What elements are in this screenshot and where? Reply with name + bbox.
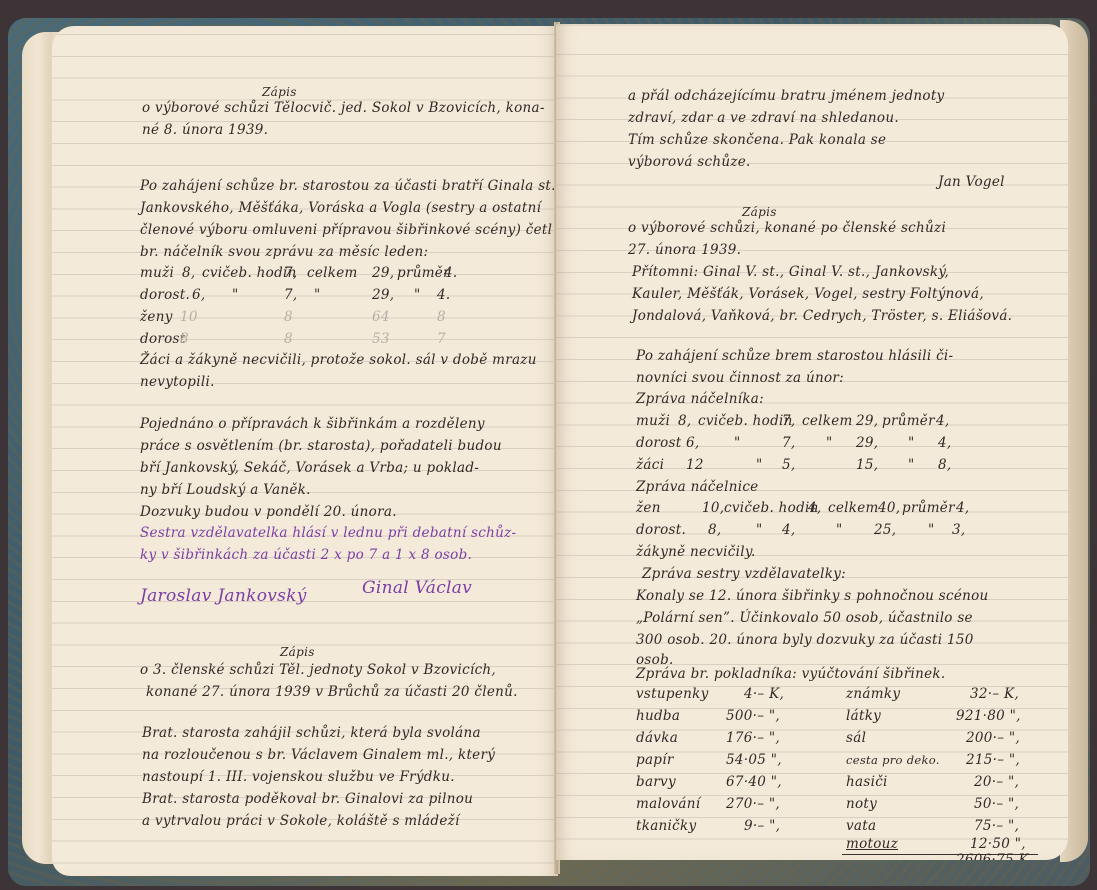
minutes-3-intro-line: 27. února 1939. (628, 240, 741, 262)
ledger-amount: 215·– ", (966, 750, 1020, 772)
minutes-1-discussion-line: práce s osvětlením (br. starosta), pořad… (140, 436, 502, 458)
continuation-line: výborová schůze. (628, 152, 751, 174)
stats-hours: 7, (782, 433, 795, 455)
stats-count: 8, (678, 411, 691, 433)
stats-label: " (756, 520, 763, 542)
stats-label: " (908, 433, 915, 455)
minutes-2-body-line: Brat. starosta zahájil schůzi, která byl… (142, 723, 481, 745)
minutes-2-intro-line: konané 27. února 1939 v Brůchů za účasti… (146, 682, 518, 704)
ledger-item: sál (846, 728, 866, 750)
stats-label: cvičeb. hodin (698, 411, 793, 433)
stats-group: ženy (140, 307, 173, 329)
ledger-item: noty (846, 794, 877, 816)
stats-total: 25, (874, 520, 896, 542)
stats-hours: 7, (782, 411, 795, 433)
minutes-1-intro-line: né 8. února 1939. (142, 120, 268, 142)
stats-group: dorost. (140, 285, 190, 307)
stats-label: " (232, 285, 239, 307)
stats-count: 10 (180, 307, 198, 329)
stats-label: " (734, 433, 741, 455)
vzdelavatelka-line: 300 osob. 20. února byly dozvuky za účas… (636, 630, 974, 652)
stats-hours: 5, (782, 455, 795, 477)
right-page: a přál odcházejícímu bratru jménem jedno… (556, 24, 1068, 860)
stats-label: " (414, 285, 421, 307)
nacelnice-note: žákyně necvičily. (636, 542, 756, 564)
stats-hours: 7, (284, 263, 297, 285)
ledger-item: tkaničky (636, 816, 696, 838)
ledger-amount: 176·– ", (726, 728, 780, 750)
stats-label: celkem (307, 263, 358, 285)
ledger-item: papír (636, 750, 674, 772)
stats-label: cvičeb. hodin (202, 263, 297, 285)
stats-count: 6, (686, 433, 699, 455)
stats-total: 29, (856, 433, 878, 455)
stats-avg: 4. (444, 263, 457, 285)
minutes-1-discussion-line: Pojednáno o přípravách k šibřinkám a roz… (140, 414, 485, 436)
stats-total: 53 (372, 329, 390, 351)
minutes-2-intro-line: o 3. členské schůzi Těl. jednoty Sokol v… (140, 660, 496, 682)
stats-count: 8 (180, 329, 189, 351)
signature-vogel: Jan Vogel (938, 172, 1005, 194)
ledger-item: malování (636, 794, 700, 816)
stats-group: dorost (636, 433, 682, 455)
minutes-1-discussion-line: ny bří Loudský a Vaněk. (140, 480, 311, 502)
stats-total: 64 (372, 307, 390, 329)
stats-count: 6, (192, 285, 205, 307)
violet-note-line: ky v šibřinkách za účasti 2 x po 7 a 1 x… (140, 545, 472, 567)
minutes-1-body-line: Po zahájení schůze br. starostou za účas… (140, 176, 558, 198)
stats-hours: 4, (782, 520, 795, 542)
minutes-2-body-line: nastoupí 1. III. vojenskou službu ve Frý… (142, 767, 455, 789)
ledger-item: barvy (636, 772, 676, 794)
stats-group: muži (636, 411, 670, 433)
stats-avg: 8, (938, 455, 951, 477)
stats-group: žen (636, 498, 661, 520)
ledger-amount: 32·– K, (970, 684, 1019, 706)
attendees-line: Kauler, Měšťák, Vorásek, Vogel, sestry F… (632, 284, 984, 306)
opening-line: Po zahájení schůze brem starostou hlásil… (636, 346, 953, 368)
ledger-amount: 9·– ", (744, 816, 780, 838)
continuation-line: Tím schůze skončena. Pak konala se (628, 130, 886, 152)
stats-avg: 8 (437, 307, 446, 329)
attendees-line: Jondalová, Vaňková, br. Cedrych, Tröster… (632, 306, 1012, 328)
ledger-item: vstupenky (636, 684, 709, 706)
vzdelavatelka-line: Konaly se 12. února šibřinky s pohnočnou… (636, 586, 989, 608)
stats-total: 29, (856, 411, 878, 433)
ledger-item: známky (846, 684, 900, 706)
minutes-1-discussion-line: bří Jankovský, Sekáč, Vorásek a Vrba; u … (140, 458, 479, 480)
ledger-amount: 67·40 ", (726, 772, 782, 794)
minutes-2-body-line: a vytrvalou práci v Sokole, koláště s ml… (142, 811, 460, 833)
ledger-amount: 270·– ", (726, 794, 780, 816)
ledger-total: 2606·75 K. (956, 850, 1034, 860)
stats-label: celkem (828, 498, 879, 520)
stats-total: 29, (372, 285, 394, 307)
ledger-item: hudba (636, 706, 680, 728)
stats-group: dorost. (636, 520, 686, 542)
ledger-amount: 54·05 ", (726, 750, 782, 772)
stats-group: dorost (140, 329, 186, 351)
signature-ginal: Ginal Václav (362, 578, 472, 600)
left-page: Zápis o výborové schůzi Tělocvič. jed. S… (52, 26, 558, 876)
stats-label: celkem (802, 411, 853, 433)
stats-avg: 4, (938, 433, 951, 455)
minutes-1-note-line: Žáci a žákyně necvičili, protože sokol. … (140, 350, 537, 372)
stats-group: muži (140, 263, 174, 285)
minutes-1-body-line: členové výboru omluveni přípravou šibřin… (140, 220, 552, 242)
minutes-1-body-line: br. náčelník svou zprávu za měsíc leden: (140, 242, 428, 264)
minutes-2-body-line: na rozloučenou s br. Václavem Ginalem ml… (142, 745, 495, 767)
vzdelavatelka-line: „Polární sen”. Účinkovalo 50 osob, účast… (636, 608, 973, 630)
stats-avg: 4, (936, 411, 949, 433)
stats-avg: 3, (952, 520, 965, 542)
stats-total: 40, (878, 498, 900, 520)
stats-hours: 8 (284, 307, 293, 329)
signature-jankovsky: Jaroslav Jankovský (140, 586, 307, 608)
stats-hours: 7, (284, 285, 297, 307)
stats-label: " (928, 520, 935, 542)
minutes-1-note-line: nevytopili. (140, 372, 215, 394)
pokladnik-heading: Zpráva br. pokladníka: vyúčtování šibřin… (636, 664, 945, 686)
minutes-1-body-line: Jankovského, Měšťáka, Voráska a Vogla (s… (140, 198, 541, 220)
ledger-amount: 200·– ", (966, 728, 1020, 750)
stats-label: průměr (397, 263, 450, 285)
vzdelavatelka-heading: Zpráva sestry vzdělavatelky: (642, 564, 846, 586)
stats-avg: 4, (956, 498, 969, 520)
attendees-line: Přítomni: Ginal V. st., Ginal V. st., Ja… (632, 262, 949, 284)
stats-avg: 7 (437, 329, 446, 351)
stats-total: 29, (372, 263, 394, 285)
stats-total: 15, (856, 455, 878, 477)
ledger-amount: 500·– ", (726, 706, 780, 728)
stats-label: " (314, 285, 321, 307)
continuation-line: zdraví, zdar a ve zdraví na shledanou. (628, 108, 899, 130)
stats-hours: 8 (284, 329, 293, 351)
minutes-1-intro-line: o výborové schůzi Tělocvič. jed. Sokol v… (142, 98, 545, 120)
stats-hours: 4, (808, 498, 821, 520)
continuation-line: a přál odcházejícímu bratru jménem jedno… (628, 86, 945, 108)
ledger-amount: 921·80 ", (956, 706, 1021, 728)
ledger-item: látky (846, 706, 881, 728)
violet-note-line: Sestra vzdělavatelka hlásí v lednu při d… (140, 523, 516, 545)
stats-label: cvičeb. hodin (724, 498, 819, 520)
stats-count: 10, (702, 498, 724, 520)
stats-label: průměr (882, 411, 935, 433)
opening-line: novníci svou činnost za únor: (636, 368, 844, 390)
stats-count: 12 (686, 455, 704, 477)
nacelnice-heading: Zpráva náčelnice (636, 477, 758, 499)
stats-group: žáci (636, 455, 664, 477)
ledger-item: cesta pro deko. (846, 750, 940, 772)
stats-avg: 4. (437, 285, 450, 307)
minutes-3-intro-line: o výborové schůzi, konané po členské sch… (628, 218, 946, 240)
ledger-item: dávka (636, 728, 678, 750)
ledger-item: hasiči (846, 772, 888, 794)
ledger-amount: 50·– ", (974, 794, 1019, 816)
stats-label: " (908, 455, 915, 477)
minutes-1-discussion-line: Dozvuky budou v pondělí 20. února. (140, 502, 397, 524)
minutes-2-body-line: Brat. starosta poděkoval br. Ginalovi za… (142, 789, 473, 811)
ledger-item: motouz (846, 834, 898, 856)
ledger-amount: 4·– K, (744, 684, 784, 706)
stats-label: průměr (902, 498, 955, 520)
ledger-amount: 20·– ", (974, 772, 1019, 794)
stats-label: " (836, 520, 843, 542)
stats-label: " (826, 433, 833, 455)
nacelnik-heading: Zpráva náčelníka: (636, 389, 764, 411)
stats-label: " (756, 455, 763, 477)
stats-count: 8, (182, 263, 195, 285)
stats-count: 8, (708, 520, 721, 542)
